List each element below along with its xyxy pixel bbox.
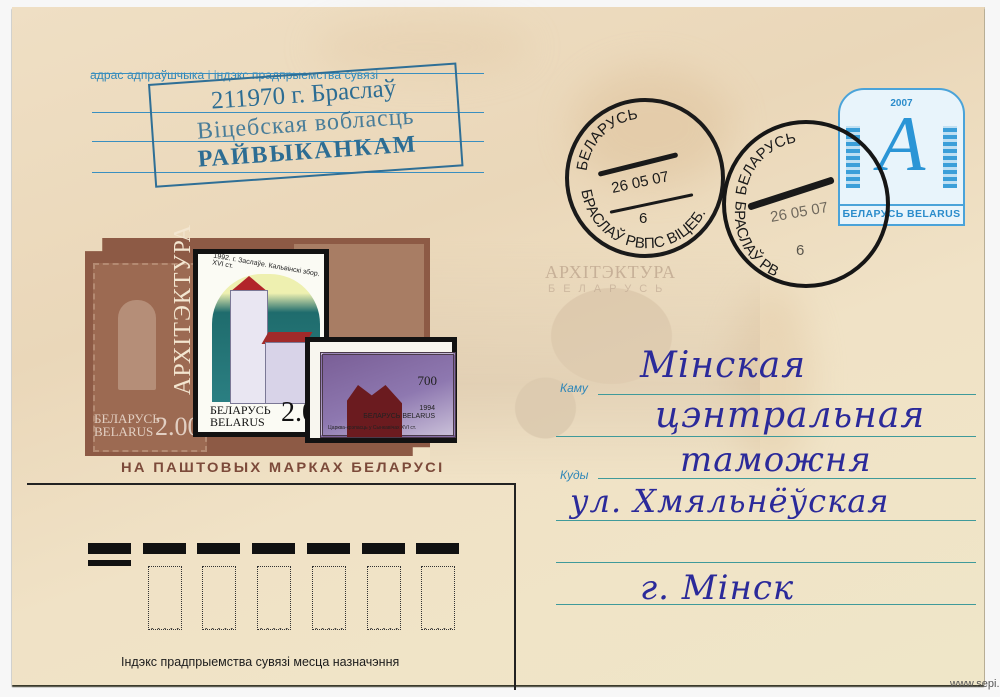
postal-code-digit-field xyxy=(202,566,236,630)
stamp2-value: 700 xyxy=(418,373,438,389)
tower-sketch xyxy=(118,300,156,390)
stamp2-caption: Царква-крэпасць у Сынкавічах XVI ст. xyxy=(328,425,416,431)
recipient-line-6: г. Мінск xyxy=(640,568,794,608)
postal-code-digit-field xyxy=(312,566,346,630)
postal-code-digit-field xyxy=(367,566,401,630)
faint-subtitle: БЕЛАРУСЬ xyxy=(548,283,670,295)
postal-code-digit-bar xyxy=(252,543,295,554)
postal-code-digit-bar xyxy=(362,543,405,554)
postal-code-digit-bar xyxy=(307,543,350,554)
stamp2-year-country: 1994 БЕЛАРУСЬ BELARUS xyxy=(363,405,435,421)
postal-code-caption: Індэкс прадпрыемства сувязі месца назнач… xyxy=(121,655,399,669)
postal-code-digit-field xyxy=(257,566,291,630)
recipient-line-4: ул. Хмяльнёўская xyxy=(570,482,889,520)
background-stamp-country: БЕЛАРУСЬ BELARUS xyxy=(94,412,160,438)
postal-code-prefix-bar xyxy=(88,543,131,554)
svg-text:БЕЛАРУСЬ: БЕЛАРУСЬ xyxy=(574,106,640,172)
stamp1-country: БЕЛАРУСЬ BELARUS xyxy=(210,404,271,428)
recipient-rule xyxy=(556,520,976,521)
postal-code-digit-bar xyxy=(197,543,240,554)
where-label: Куды xyxy=(560,468,588,482)
postmark-office-number: 6 xyxy=(796,242,804,259)
stamp-synkavichy-church: 700 1994 БЕЛАРУСЬ BELARUS Царква-крэпасц… xyxy=(305,337,457,443)
to-label: Каму xyxy=(560,381,588,395)
church-tower xyxy=(230,290,268,404)
sender-handstamp: 211970 г. Браслаў Віцебская вобласць РАЙ… xyxy=(148,62,464,187)
postal-code-digit-bar xyxy=(416,543,459,554)
series-caption: НА ПАШТОВЫХ МАРКАХ БЕЛАРУСІ xyxy=(121,459,444,475)
recipient-line-2: цэнтральная xyxy=(655,395,925,436)
watermark: www.sepi.by xyxy=(950,678,1000,690)
postal-code-digit-field xyxy=(421,566,455,630)
recipient-rule xyxy=(556,436,976,437)
postmark-braslau-1: БЕЛАРУСЬ БРАСЛАЎ РВПС ВІЦЕБ. 26 05 07 6 xyxy=(565,98,725,258)
recipient-rule xyxy=(556,562,976,563)
postal-code-digit-field xyxy=(148,566,182,630)
faint-title: АРХІТЭКТУРА xyxy=(545,262,676,283)
recipient-line-3: таможня xyxy=(680,440,872,480)
postmark-office-number: 6 xyxy=(639,210,647,227)
postal-code-prefix-bar xyxy=(88,560,131,566)
recipient-line-1: Мінская xyxy=(640,345,806,386)
svg-text:БЕЛАРУСЬ: БЕЛАРУСЬ xyxy=(733,129,798,196)
postal-code-digit-bar xyxy=(143,543,186,554)
postmark-braslau-2: БЕЛАРУСЬ БРАСЛАЎ РВ 26 05 07 6 xyxy=(722,120,890,288)
